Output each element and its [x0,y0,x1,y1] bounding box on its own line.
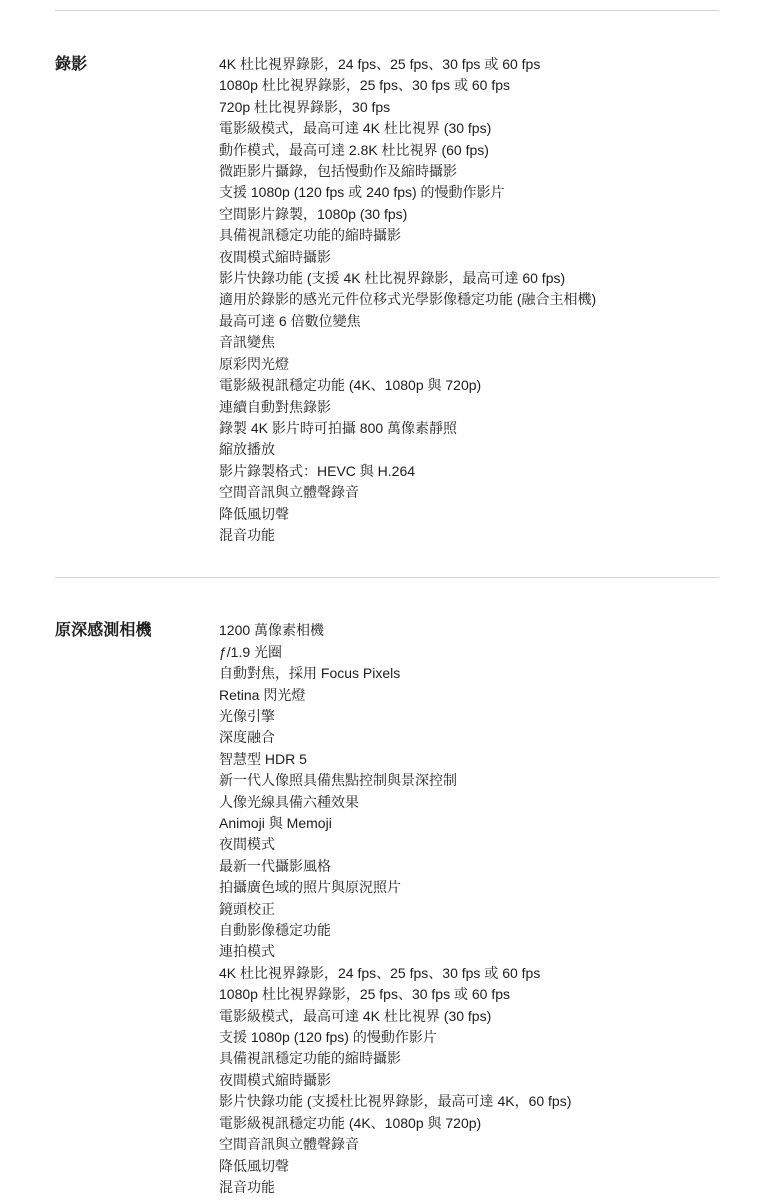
spec-line: 4K 杜比視界錄影，24 fps、25 fps、30 fps 或 60 fps [219,963,719,984]
spec-line: 電影級視訊穩定功能 (4K、1080p 與 720p) [219,375,719,396]
spec-line: 電影級視訊穩定功能 (4K、1080p 與 720p) [219,1113,719,1134]
spec-line: 支援 1080p (120 fps 或 240 fps) 的慢動作影片 [219,182,719,203]
spec-line: 動作模式，最高可達 2.8K 杜比視界 (60 fps) [219,140,719,161]
spec-line: 人像光線具備六種效果 [219,792,719,813]
spec-list-video-recording: 4K 杜比視界錄影，24 fps、25 fps、30 fps 或 60 fps1… [219,54,719,546]
spec-line: 夜間模式縮時攝影 [219,1070,719,1091]
spec-line: 影片快錄功能 (支援杜比視界錄影，最高可達 4K，60 fps) [219,1091,719,1112]
spec-line: 光像引擎 [219,706,719,727]
spec-line: 最高可達 6 倍數位變焦 [219,311,719,332]
spec-line: 電影級模式，最高可達 4K 杜比視界 (30 fps) [219,118,719,139]
spec-line: 鏡頭校正 [219,899,719,920]
spec-line: 具備視訊穩定功能的縮時攝影 [219,225,719,246]
section-video-recording: 錄影 4K 杜比視界錄影，24 fps、25 fps、30 fps 或 60 f… [55,10,719,577]
spec-line: 支援 1080p (120 fps) 的慢動作影片 [219,1027,719,1048]
spec-line: 空間影片錄製，1080p (30 fps) [219,204,719,225]
spec-line: 連續自動對焦錄影 [219,397,719,418]
section-truedepth-camera: 原深感測相機 1200 萬像素相機ƒ/1.9 光圈自動對焦，採用 Focus P… [55,577,719,1198]
spec-line: 空間音訊與立體聲錄音 [219,1134,719,1155]
spec-line: 縮放播放 [219,439,719,460]
spec-line: 深度融合 [219,727,719,748]
spec-line: Retina 閃光燈 [219,685,719,706]
spec-line: 1080p 杜比視界錄影，25 fps、30 fps 或 60 fps [219,984,719,1005]
spec-line: ƒ/1.9 光圈 [219,642,719,663]
spec-line: 微距影片攝錄，包括慢動作及縮時攝影 [219,161,719,182]
spec-line: 智慧型 HDR 5 [219,749,719,770]
section-heading-video-recording: 錄影 [55,54,219,76]
spec-list-truedepth-camera: 1200 萬像素相機ƒ/1.9 光圈自動對焦，採用 Focus PixelsRe… [219,620,719,1198]
spec-line: 混音功能 [219,1177,719,1198]
spec-line: 連拍模式 [219,941,719,962]
spec-line: 混音功能 [219,525,719,546]
spec-line: 1080p 杜比視界錄影，25 fps、30 fps 或 60 fps [219,75,719,96]
spec-line: 影片快錄功能 (支援 4K 杜比視界錄影，最高可達 60 fps) [219,268,719,289]
spec-line: 拍攝廣色域的照片與原況照片 [219,877,719,898]
spec-line: 自動對焦，採用 Focus Pixels [219,663,719,684]
spec-line: 音訊變焦 [219,332,719,353]
tech-specs-page: 錄影 4K 杜比視界錄影，24 fps、25 fps、30 fps 或 60 f… [0,0,774,1198]
spec-line: 適用於錄影的感光元件位移式光學影像穩定功能 (融合主相機) [219,289,719,310]
spec-line: 4K 杜比視界錄影，24 fps、25 fps、30 fps 或 60 fps [219,54,719,75]
spec-line: 具備視訊穩定功能的縮時攝影 [219,1048,719,1069]
spec-line: 新一代人像照具備焦點控制與景深控制 [219,770,719,791]
spec-line: 降低風切聲 [219,504,719,525]
spec-line: 720p 杜比視界錄影，30 fps [219,97,719,118]
spec-line: 空間音訊與立體聲錄音 [219,482,719,503]
spec-line: 原彩閃光燈 [219,354,719,375]
spec-line: 降低風切聲 [219,1156,719,1177]
spec-line: 最新一代攝影風格 [219,856,719,877]
spec-line: Animoji 與 Memoji [219,813,719,834]
spec-line: 錄製 4K 影片時可拍攝 800 萬像素靜照 [219,418,719,439]
spec-line: 影片錄製格式：HEVC 與 H.264 [219,461,719,482]
spec-line: 自動影像穩定功能 [219,920,719,941]
spec-line: 夜間模式縮時攝影 [219,247,719,268]
spec-line: 1200 萬像素相機 [219,620,719,641]
spec-line: 電影級模式，最高可達 4K 杜比視界 (30 fps) [219,1006,719,1027]
section-heading-truedepth-camera: 原深感測相機 [55,620,219,642]
spec-line: 夜間模式 [219,834,719,855]
